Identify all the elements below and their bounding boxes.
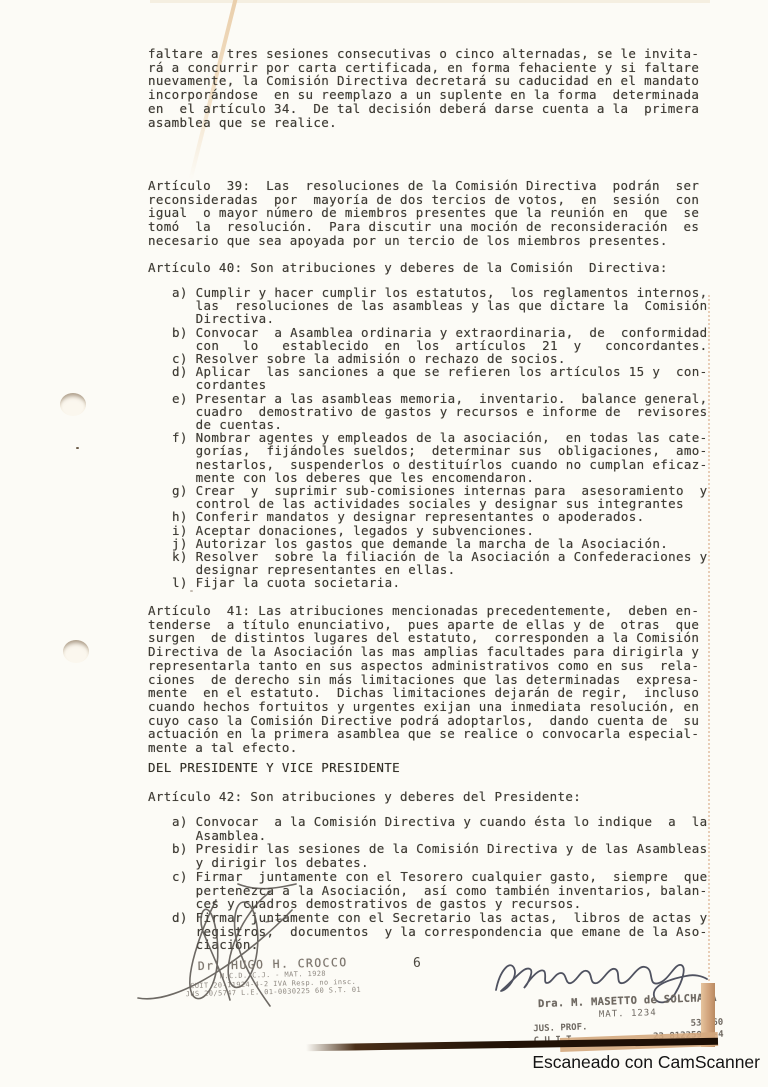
page-number: 6 [413, 956, 421, 971]
hole-punch-top [60, 393, 86, 416]
articulo-40-heading: Artículo 40: Son atribuciones y deberes … [148, 261, 668, 275]
articulo-41-paragraph: Artículo 41: Las atribuciones mencionada… [148, 604, 699, 755]
section-heading-presidente: DEL PRESIDENTE Y VICE PRESIDENTE [148, 761, 400, 775]
hole-punch-bottom [63, 640, 89, 663]
page-bottom-shadow [306, 1038, 718, 1051]
perforation-line [708, 295, 710, 1045]
articulo-39-paragraph: Artículo 39: Las resoluciones de la Comi… [148, 179, 699, 248]
scanned-page: faltare a tres sesiones consecutivas o c… [0, 0, 768, 1087]
articulo-42-heading: Artículo 42: Son atribuciones y deberes … [148, 790, 581, 804]
camscanner-watermark: Escaneado con CamScanner [532, 1052, 760, 1073]
articulo-40-list: a) Cumplir y hacer cumplir los estatutos… [172, 286, 708, 590]
stamp-crocco: Dr. HUGO H. CROCCO M.C.D. C.J. - MAT. 19… [158, 954, 389, 1000]
stamp-solchaga-jus-label: JUS. PROF. [533, 1022, 588, 1034]
ink-speck [76, 447, 79, 449]
intro-paragraph: faltare a tres sesiones consecutivas o c… [148, 47, 699, 129]
ink-speck [190, 590, 193, 592]
